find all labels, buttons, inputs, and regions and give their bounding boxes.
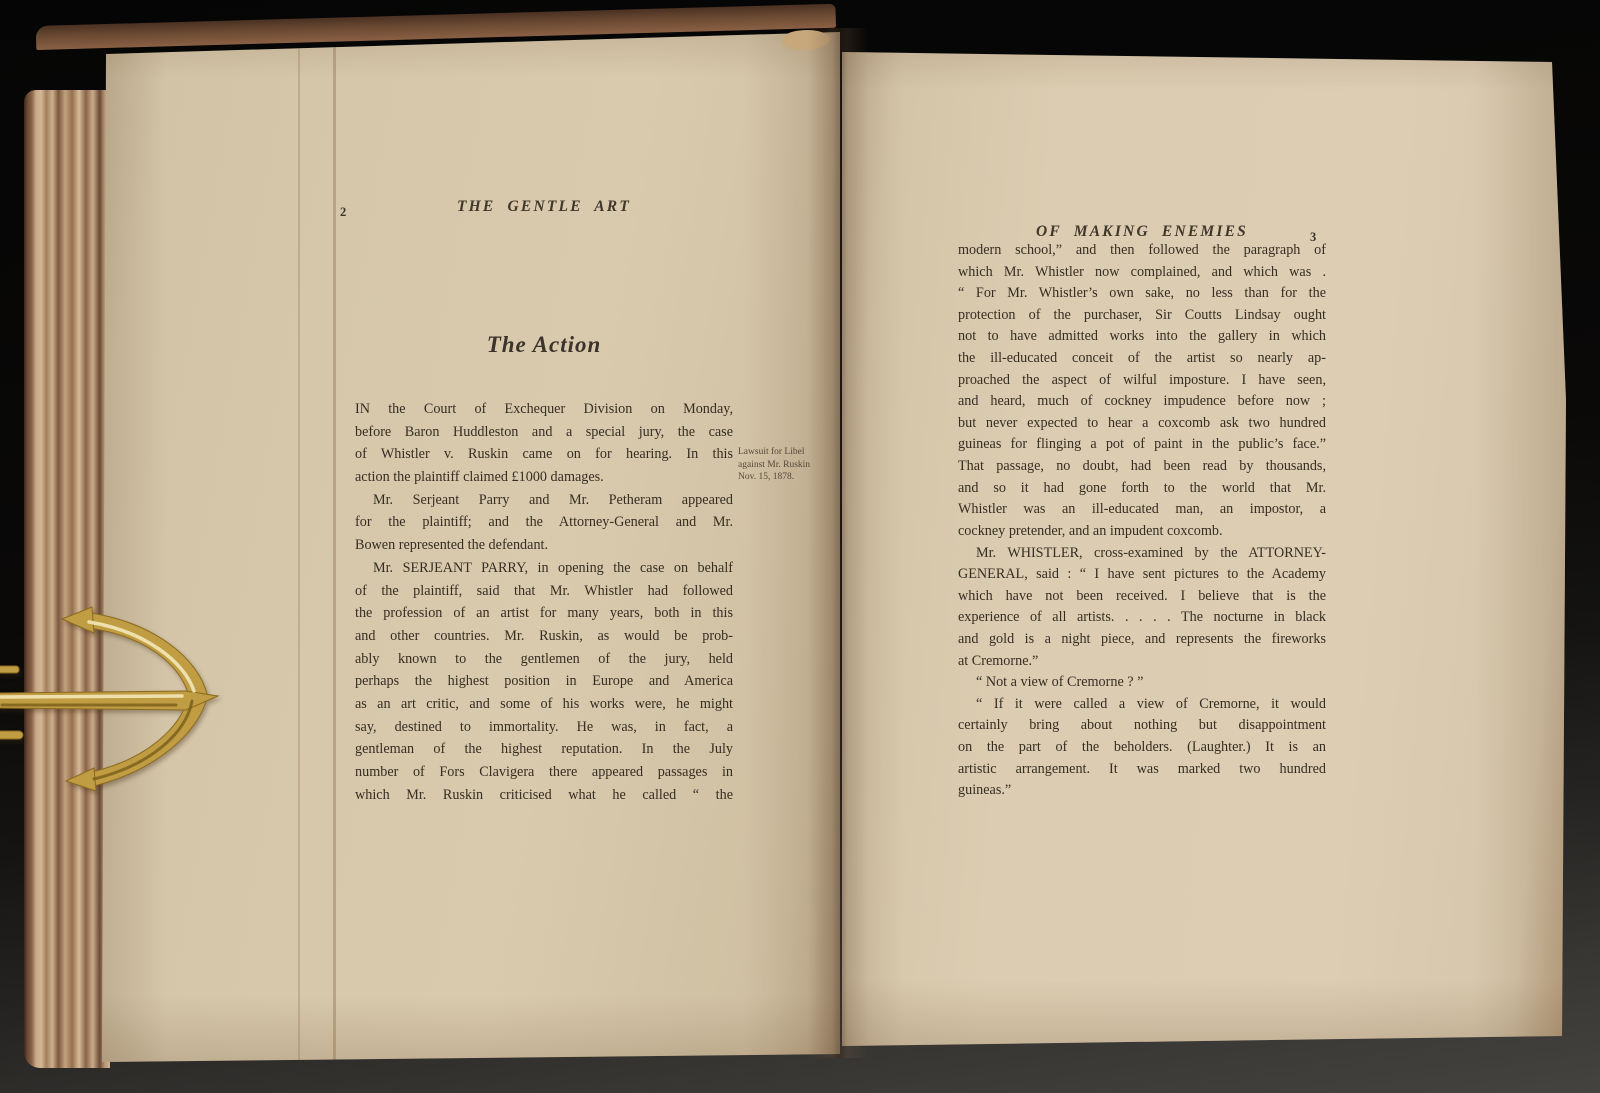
text-line: and gold is a night piece, and represent… — [958, 629, 1326, 651]
text-line: cockney pretender, and an impudent coxco… — [958, 521, 1326, 543]
photo-of-open-antique-book: { "scene": { "description": "Photograph … — [0, 0, 1600, 1093]
paragraph: “ If it were called a view of Cremorne, … — [958, 694, 1326, 802]
paragraph: IN the Court of Exchequer Division on Mo… — [355, 398, 733, 489]
text-line: say, destined to immortality. He was, in… — [355, 716, 733, 739]
text-line: which Mr. Ruskin criticised what he call… — [355, 784, 733, 807]
paragraph: Mr. Serjeant Parry and Mr. Petheram appe… — [355, 489, 733, 557]
text-line: “ Not a view of Cremorne ? ” — [958, 672, 1326, 694]
text-line: and heard, much of cockney impudence bef… — [958, 391, 1326, 413]
left-page-body-text: IN the Court of Exchequer Division on Mo… — [355, 398, 733, 806]
text-line: guineas.” — [958, 780, 1326, 802]
section-title: The Action — [355, 332, 733, 358]
text-line: as an art critic, and some of his works … — [355, 693, 733, 716]
text-line: of Whistler v. Ruskin came on for hearin… — [355, 443, 733, 466]
page-crease — [333, 26, 336, 1068]
right-page-body-text: modern school,” and then followed the pa… — [958, 240, 1326, 802]
text-line: Mr. SERJEANT PARRY, in opening the case … — [355, 557, 733, 580]
text-line: “ For Mr. Whistler’s own sake, no less t… — [958, 283, 1326, 305]
paragraph: Mr. WHISTLER, cross-examined by the ATTO… — [958, 543, 1326, 673]
paragraph: “ Not a view of Cremorne ? ” — [958, 672, 1326, 694]
text-line: before Baron Huddleston and a special ju… — [355, 421, 733, 444]
running-header-right: OF MAKING ENEMIES — [958, 223, 1326, 241]
text-line: action the plaintiff claimed £1000 damag… — [355, 466, 733, 489]
text-line: “ If it were called a view of Cremorne, … — [958, 694, 1326, 716]
text-line: Whistler was an ill-educated man, an imp… — [958, 499, 1326, 521]
brass-anchor-clasp-icon — [0, 573, 226, 813]
margin-note-line: against Mr. Ruskin — [738, 459, 824, 472]
text-line: and other countries. Mr. Ruskin, as woul… — [355, 625, 733, 648]
text-line: ably known to the gentlemen of the jury,… — [355, 648, 733, 671]
text-line: artistic arrangement. It was marked two … — [958, 759, 1326, 781]
text-line: perhaps the highest position in Europe a… — [355, 670, 733, 693]
right-page: OF MAKING ENEMIES 3 modern school,” and … — [838, 40, 1568, 1050]
text-line: gentleman of the highest reputation. In … — [355, 738, 733, 761]
page-number-left: 2 — [340, 205, 346, 220]
text-line: and so it had gone forth to the world th… — [958, 478, 1326, 500]
text-line: for the plaintiff; and the Attorney-Gene… — [355, 511, 733, 534]
text-line: experience of all artists. . . . . The n… — [958, 607, 1326, 629]
text-line: but never expected to hear a coxcomb ask… — [958, 413, 1326, 435]
text-line: the profession of an artist for many yea… — [355, 602, 733, 625]
text-line: number of Fors Clavigera there appeared … — [355, 761, 733, 784]
paragraph: Mr. SERJEANT PARRY, in opening the case … — [355, 557, 733, 807]
text-line: proached the aspect of wilful imposture.… — [958, 370, 1326, 392]
text-line: IN the Court of Exchequer Division on Mo… — [355, 398, 733, 421]
page-crease — [298, 26, 300, 1068]
margin-note-line: Lawsuit for Libel — [738, 446, 824, 459]
margin-note-line: Nov. 15, 1878. — [738, 471, 824, 484]
text-line: modern school,” and then followed the pa… — [958, 240, 1326, 262]
text-line: certainly bring about nothing but disapp… — [958, 715, 1326, 737]
paragraph: modern school,” and then followed the pa… — [958, 240, 1326, 543]
text-line: at Cremorne.” — [958, 651, 1326, 673]
text-line: protection of the purchaser, Sir Coutts … — [958, 305, 1326, 327]
running-header-left: THE GENTLE ART — [355, 198, 733, 216]
left-page: 2 THE GENTLE ART The Action IN the Court… — [100, 26, 840, 1068]
text-line: Mr. Serjeant Parry and Mr. Petheram appe… — [355, 489, 733, 512]
text-line: the ill-educated conceit of the artist s… — [958, 348, 1326, 370]
margin-note: Lawsuit for Libelagainst Mr. RuskinNov. … — [738, 446, 824, 484]
text-line: on the part of the beholders. (Laughter.… — [958, 737, 1326, 759]
text-line: Bowen represented the defendant. — [355, 534, 733, 557]
text-line: guineas for flinging a pot of paint in t… — [958, 434, 1326, 456]
text-line: which Mr. Whistler now complained, and w… — [958, 262, 1326, 284]
text-line: GENERAL, said : “ I have sent pictures t… — [958, 564, 1326, 586]
text-line: not to have admitted works into the gall… — [958, 326, 1326, 348]
text-line: which have not been received. I believe … — [958, 586, 1326, 608]
text-line: Mr. WHISTLER, cross-examined by the ATTO… — [958, 543, 1326, 565]
text-line: That passage, no doubt, had been read by… — [958, 456, 1326, 478]
text-line: of the plaintiff, said that Mr. Whistler… — [355, 580, 733, 603]
